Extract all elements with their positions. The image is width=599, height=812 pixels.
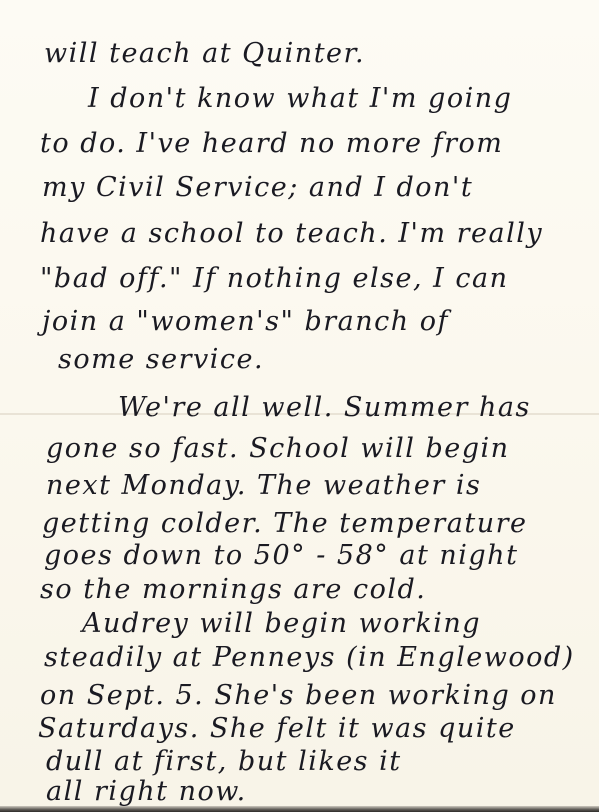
letter-line: I don't know what I'm going [88, 83, 512, 114]
letter-line: next Monday. The weather is [46, 470, 481, 501]
scan-bottom-edge [0, 806, 599, 812]
letter-line: steadily at Penneys (in Englewood) [44, 642, 575, 673]
letter-line: will teach at Quinter. [44, 38, 365, 69]
letter-line: We're all well. Summer has [118, 392, 531, 423]
letter-line: so the mornings are cold. [40, 574, 426, 605]
letter-line: have a school to teach. I'm really [40, 218, 543, 249]
letter-line: dull at first, but likes it [46, 746, 402, 777]
letter-line: Saturdays. She felt it was quite [38, 713, 516, 744]
letter-line: Audrey will begin working [82, 608, 481, 639]
letter-line: join a "women's" branch of [42, 306, 449, 337]
letter-line: gone so fast. School will begin [46, 433, 510, 464]
letter-line: my Civil Service; and I don't [42, 172, 473, 203]
letter-line: on Sept. 5. She's been working on [40, 680, 557, 711]
letter-line: goes down to 50° - 58° at night [44, 540, 518, 571]
letter-line: getting colder. The temperature [42, 508, 528, 539]
letter-line: "bad off." If nothing else, I can [40, 263, 509, 294]
letter-line: to do. I've heard no more from [40, 128, 503, 159]
letter-line: some service. [58, 344, 264, 375]
letter-page: will teach at Quinter. I don't know what… [0, 0, 599, 806]
letter-line: all right now. [46, 776, 247, 807]
